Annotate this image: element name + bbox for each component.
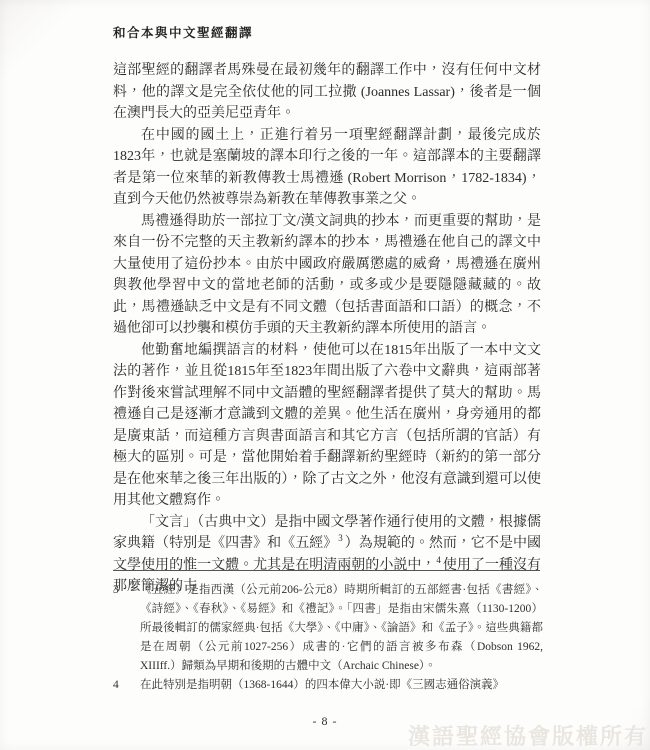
book-page: 和合本與中文聖經翻譯 這部聖經的翻譯者馬殊曼在最初幾年的翻譯工作中，沒有任何中文… (0, 0, 650, 750)
footnote-3: 3 《五經》是指西漢（公元前206-公元8）時期所輯訂的五部經書·包括《書經》、… (113, 581, 543, 676)
footnote-separator-rule (113, 570, 540, 571)
paragraph-morrison-sources: 馬禮遜得助於一部拉丁文/漢文詞典的抄本，而更重要的幫助，是來自一份不完整的天主教… (113, 211, 541, 340)
paragraph-marshman: 這部聖經的翻譯者馬殊曼在最初幾年的翻譯工作中，沒有任何中文材料，他的譯文是完全依… (113, 60, 541, 125)
paragraph-morrison-translation: 在中國的國土上，正進行着另一項聖經翻譯計劃，最後完成於1823年，也就是塞蘭坡的… (113, 125, 541, 211)
footnote-ref-4: 4 (436, 555, 441, 565)
footnote-3-number: 3 (113, 581, 140, 600)
footnotes-block: 3 《五經》是指西漢（公元前206-公元8）時期所輯訂的五部經書·包括《書經》、… (113, 581, 543, 695)
footnote-4-number: 4 (113, 676, 140, 695)
copyright-watermark: 漢語聖經協會版權所有 (408, 720, 648, 750)
body-text: 這部聖經的翻譯者馬殊曼在最初幾年的翻譯工作中，沒有任何中文材料，他的譯文是完全依… (113, 60, 541, 598)
footnote-4-text: 在此特別是指明朝（1368-1644）的四本偉大小説·即《三國志通俗演義》 (140, 676, 543, 695)
running-header: 和合本與中文聖經翻譯 (113, 23, 253, 41)
footnote-3-text: 《五經》是指西漢（公元前206-公元8）時期所輯訂的五部經書·包括《書經》、《詩… (140, 581, 543, 676)
footnote-4: 4 在此特別是指明朝（1368-1644）的四本偉大小説·即《三國志通俗演義》 (113, 676, 543, 695)
paragraph-morrison-works: 他勤奮地編撰語言的材料，使他可以在1815年出版了一本中文文法的著作，並且從18… (113, 340, 541, 512)
footnote-ref-3: 3 (338, 533, 343, 543)
